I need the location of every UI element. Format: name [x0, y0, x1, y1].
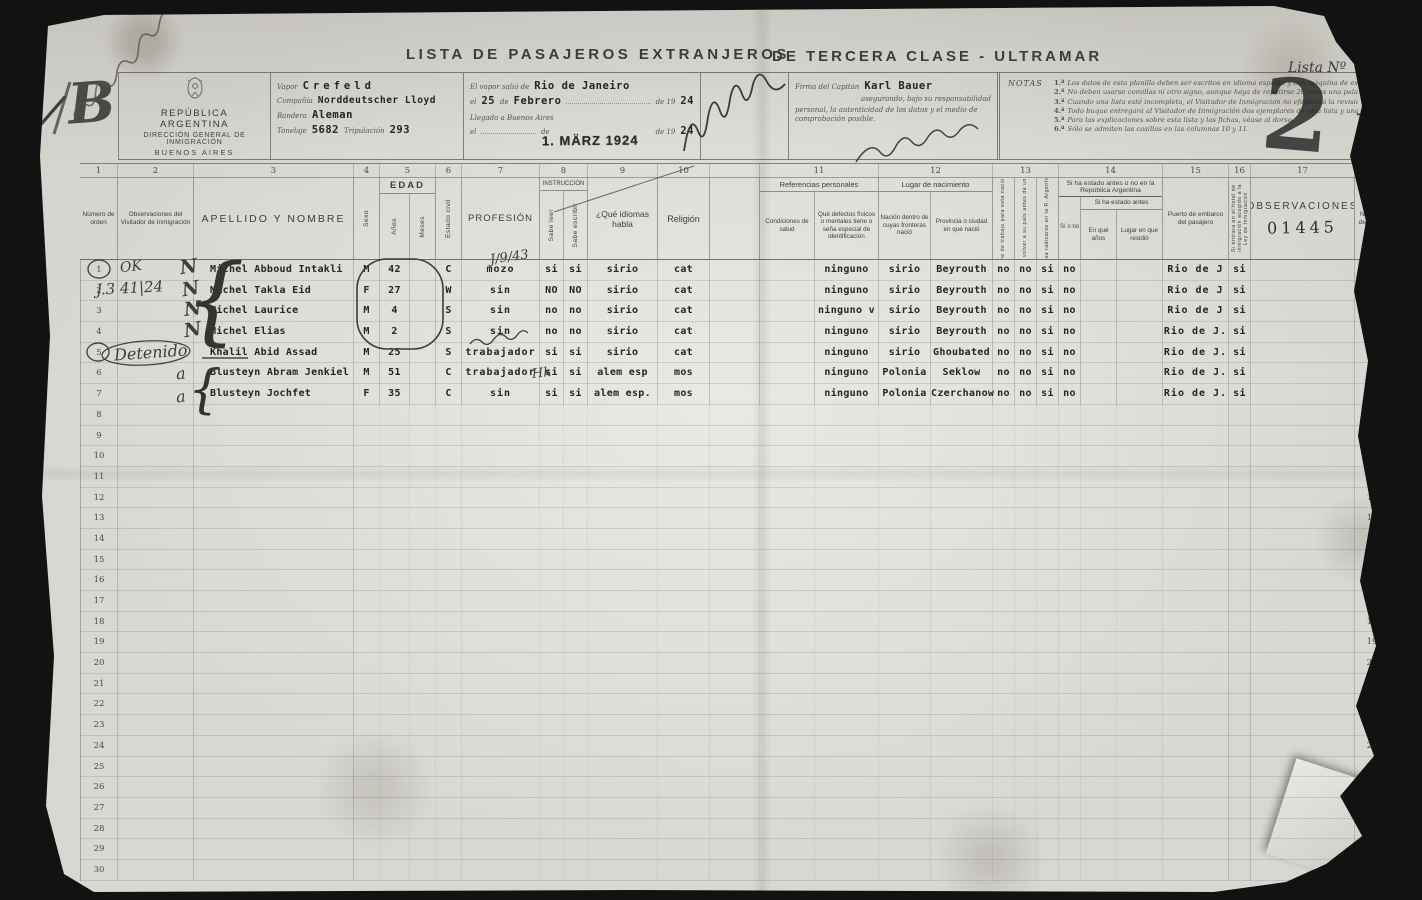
header-proposito-sub3: Si piensa radicarse en la R. Argentina	[1037, 178, 1058, 259]
cell-estado: W	[436, 281, 462, 302]
cell-gap	[710, 612, 760, 633]
cell-sino	[1059, 839, 1081, 860]
cell-p2	[1015, 715, 1037, 736]
cell-religion	[658, 591, 710, 612]
cell-sexo	[354, 570, 380, 591]
cell-prov	[931, 508, 993, 529]
header-num-orden: Número de orden	[80, 178, 118, 259]
cell-prof	[462, 715, 540, 736]
tonelaje-value: 5682	[312, 124, 339, 136]
cell-anos	[380, 570, 410, 591]
cell-estado	[436, 777, 462, 798]
row-number-left: 13	[80, 508, 118, 529]
cell-gap	[710, 260, 760, 281]
cell-anos	[380, 860, 410, 881]
cell-prof	[462, 777, 540, 798]
cell-p1	[993, 550, 1015, 571]
cell-c16	[1229, 715, 1251, 736]
cell-observ	[1251, 281, 1355, 302]
cell-p3	[1037, 839, 1059, 860]
cell-lee	[540, 674, 564, 695]
cell-p3	[1037, 757, 1059, 778]
cell-gap	[710, 860, 760, 881]
cell-p1	[993, 674, 1015, 695]
cell-observ	[1251, 632, 1355, 653]
cell-sexo	[354, 674, 380, 695]
cell-gap	[710, 798, 760, 819]
table-row: 1515	[80, 550, 1391, 571]
cell-lee: si	[540, 260, 564, 281]
cell-observ	[1251, 529, 1355, 550]
cell-sino	[1059, 860, 1081, 881]
cell-name	[194, 591, 354, 612]
cell-religion	[658, 550, 710, 571]
cell-p3	[1037, 798, 1059, 819]
ship-info-box: VaporCrefeld CompañíaNorddeutscher Lloyd…	[270, 73, 463, 159]
cell-prof: sin	[462, 301, 540, 322]
cell-p1	[993, 529, 1015, 550]
cell-lee	[540, 777, 564, 798]
cell-meses	[410, 674, 436, 695]
cell-religion	[658, 819, 710, 840]
cell-p3	[1037, 736, 1059, 757]
row-number-left: 4	[80, 322, 118, 343]
cell-anos	[380, 550, 410, 571]
table-row: 2424	[80, 736, 1391, 757]
cell-escribe	[564, 860, 588, 881]
cell-estado: S	[436, 301, 462, 322]
cell-estado: C	[436, 363, 462, 384]
cell-p2: no	[1015, 363, 1037, 384]
passenger-table: 1 2 3 4 5 6 7 8 9 10 11 12 13 14 15 16 1…	[80, 163, 1391, 881]
cell-idiomas	[588, 819, 658, 840]
cell-obs	[118, 343, 194, 364]
row-number-right: 16	[1355, 570, 1389, 591]
cell-defectos	[815, 529, 879, 550]
cell-salud	[760, 757, 815, 778]
cell-puerto	[1163, 550, 1229, 571]
cell-prof	[462, 426, 540, 447]
cell-escribe	[564, 715, 588, 736]
cell-prov: Beyrouth	[931, 260, 993, 281]
header-proposito-sub1: Si viene de trabajo para esta nación	[993, 178, 1015, 259]
argentina-coat-of-arms-icon	[185, 77, 205, 101]
cell-escribe: si	[564, 384, 588, 405]
cell-escribe	[564, 612, 588, 633]
header-sabe-leer: Sabe leer	[540, 191, 564, 259]
header-apellido-nombre: APELLIDO Y NOMBRE	[194, 178, 354, 259]
cell-meses	[410, 384, 436, 405]
cell-lee	[540, 715, 564, 736]
cell-salud	[760, 819, 815, 840]
table-header-row: Número de orden Observaciones del Visita…	[80, 178, 1391, 260]
cell-escribe	[564, 736, 588, 757]
cell-puerto	[1163, 653, 1229, 674]
header-nacion: Nación dentro de cuyas fronteras nació	[879, 192, 931, 259]
cell-lee	[540, 839, 564, 860]
cell-puerto	[1163, 488, 1229, 509]
table-row: 1212	[80, 488, 1391, 509]
cell-obs	[118, 550, 194, 571]
cell-en_anos	[1081, 343, 1117, 364]
row-number-right: 21	[1355, 674, 1389, 695]
cell-sexo	[354, 591, 380, 612]
cell-defectos	[815, 839, 879, 860]
cell-en_anos	[1081, 777, 1117, 798]
cell-nacion	[879, 591, 931, 612]
table-row: 1111	[80, 467, 1391, 488]
cell-salud	[760, 694, 815, 715]
row-number-left: 3	[80, 301, 118, 322]
cell-gap	[710, 363, 760, 384]
cell-escribe: NO	[564, 281, 588, 302]
col-number: 14	[1059, 164, 1163, 178]
col-number: 15	[1163, 164, 1229, 178]
cell-estado	[436, 508, 462, 529]
cell-en_anos	[1081, 819, 1117, 840]
cell-nacion	[879, 612, 931, 633]
cell-sexo	[354, 508, 380, 529]
cell-salud	[760, 715, 815, 736]
cell-gap	[710, 777, 760, 798]
row-number-left: 15	[80, 550, 118, 571]
row-number-left: 7	[80, 384, 118, 405]
cell-prov	[931, 612, 993, 633]
cell-prof	[462, 550, 540, 571]
cell-meses	[410, 363, 436, 384]
cell-p2	[1015, 467, 1037, 488]
cell-lugar_res	[1117, 819, 1163, 840]
row-number-right: 15	[1355, 550, 1389, 571]
row-number-right: 2	[1355, 281, 1389, 302]
cell-prof: sin	[462, 322, 540, 343]
row-number-left: 28	[80, 819, 118, 840]
col-number: 2	[118, 164, 194, 178]
captain-name: Karl Bauer	[864, 80, 932, 92]
cell-lugar_res	[1117, 694, 1163, 715]
cell-religion: mos	[658, 363, 710, 384]
salio-ano: 24	[680, 95, 694, 107]
cell-lee	[540, 467, 564, 488]
cell-prov	[931, 467, 993, 488]
cell-religion	[658, 694, 710, 715]
cell-p1	[993, 405, 1015, 426]
cell-c16	[1229, 819, 1251, 840]
cell-escribe: no	[564, 301, 588, 322]
cell-defectos	[815, 550, 879, 571]
row-number-right: 8	[1355, 405, 1389, 426]
cell-anos	[380, 426, 410, 447]
cell-puerto	[1163, 798, 1229, 819]
header-estado-antes-group: Si ha estado antes o no en la República …	[1059, 178, 1163, 259]
col-number: 1	[1355, 164, 1389, 178]
cell-en_anos	[1081, 632, 1117, 653]
cell-religion	[658, 860, 710, 881]
row-number-right: 22	[1355, 694, 1389, 715]
cell-sino: no	[1059, 322, 1081, 343]
cell-estado	[436, 467, 462, 488]
cell-name: Michel Elias	[194, 322, 354, 343]
cell-meses	[410, 612, 436, 633]
cell-salud	[760, 777, 815, 798]
cell-religion	[658, 632, 710, 653]
cell-sino	[1059, 715, 1081, 736]
list-number-stamp: 2	[1258, 69, 1334, 165]
row-number-right: 17	[1355, 591, 1389, 612]
cell-sexo	[354, 405, 380, 426]
cell-gap	[710, 570, 760, 591]
cell-meses	[410, 529, 436, 550]
row-number-left: 6	[80, 363, 118, 384]
cell-c16	[1229, 736, 1251, 757]
cell-escribe	[564, 405, 588, 426]
cell-nacion: sirio	[879, 260, 931, 281]
cell-observ	[1251, 570, 1355, 591]
cell-meses	[410, 488, 436, 509]
header-ha-estado-antes-group: Si ha estado antes En qué años Lugar en …	[1081, 197, 1162, 259]
cell-salud	[760, 322, 815, 343]
cell-salud	[760, 529, 815, 550]
edge-pencil-marks: 11	[1352, 84, 1400, 132]
row-number-left: 26	[80, 777, 118, 798]
cell-puerto	[1163, 508, 1229, 529]
cell-anos	[380, 777, 410, 798]
col-number: 5	[380, 164, 436, 178]
row-number-left: 19	[80, 632, 118, 653]
cell-en_anos	[1081, 715, 1117, 736]
cell-lugar_res	[1117, 322, 1163, 343]
cell-idiomas	[588, 612, 658, 633]
cell-prov	[931, 777, 993, 798]
cell-lee: no	[540, 322, 564, 343]
cell-c16	[1229, 839, 1251, 860]
cell-sino	[1059, 612, 1081, 633]
cell-en_anos	[1081, 736, 1117, 757]
cell-sexo	[354, 426, 380, 447]
cell-name	[194, 777, 354, 798]
cell-p3	[1037, 426, 1059, 447]
cell-puerto	[1163, 839, 1229, 860]
cell-escribe	[564, 488, 588, 509]
cell-escribe	[564, 591, 588, 612]
cell-anos	[380, 405, 410, 426]
cell-p1: no	[993, 322, 1015, 343]
cell-nacion	[879, 405, 931, 426]
cell-puerto	[1163, 757, 1229, 778]
cell-p1	[993, 446, 1015, 467]
row-number-left: 17	[80, 591, 118, 612]
cell-religion	[658, 736, 710, 757]
row-number-right: 10	[1355, 446, 1389, 467]
cell-prof	[462, 694, 540, 715]
cell-puerto	[1163, 632, 1229, 653]
cell-c16	[1229, 591, 1251, 612]
cell-gap	[710, 508, 760, 529]
cell-p3	[1037, 508, 1059, 529]
cell-sino	[1059, 405, 1081, 426]
cell-en_anos	[1081, 446, 1117, 467]
cell-gap	[710, 591, 760, 612]
cell-gap	[710, 715, 760, 736]
cell-p3: si	[1037, 384, 1059, 405]
cell-name	[194, 570, 354, 591]
header-col16: Si entrara en el hotel de inmigración ac…	[1229, 178, 1251, 259]
cell-anos	[380, 612, 410, 633]
cell-idiomas	[588, 570, 658, 591]
cell-p2: no	[1015, 301, 1037, 322]
cell-en_anos	[1081, 674, 1117, 695]
cell-sino	[1059, 798, 1081, 819]
cell-prof	[462, 467, 540, 488]
cell-escribe	[564, 426, 588, 447]
cell-prof	[462, 757, 540, 778]
cell-prof	[462, 612, 540, 633]
cell-puerto	[1163, 591, 1229, 612]
cell-prov: Beyrouth	[931, 301, 993, 322]
cell-salud	[760, 798, 815, 819]
cell-idiomas	[588, 529, 658, 550]
cell-en_anos	[1081, 529, 1117, 550]
header-profesion: PROFESIÓN	[462, 178, 540, 259]
row-number-right: 28	[1355, 819, 1389, 840]
header-gap-column	[710, 178, 760, 259]
cell-observ	[1251, 694, 1355, 715]
cell-sino: no	[1059, 260, 1081, 281]
passenger-list-sheet: LISTA DE PASAJEROS EXTRANJEROS DE TERCER…	[34, 6, 1400, 894]
table-row: 4Michel EliasM2Ssinnonosiriocatningunosi…	[80, 322, 1391, 343]
cell-c16: si	[1229, 260, 1251, 281]
cell-p3	[1037, 612, 1059, 633]
cell-prof	[462, 488, 540, 509]
cell-nacion	[879, 570, 931, 591]
cell-lugar_res	[1117, 363, 1163, 384]
dotted-line	[481, 126, 536, 134]
col-number: 1	[80, 164, 118, 178]
cell-lugar_res	[1117, 301, 1163, 322]
cell-p2	[1015, 694, 1037, 715]
cell-estado	[436, 819, 462, 840]
pencil-stroke-1: /	[38, 83, 66, 139]
table-body: 1Michel Abboud IntakliM42Cmozosisisirioc…	[80, 260, 1391, 881]
de19-label: de 19	[656, 98, 676, 106]
agency-country: REPÚBLICA ARGENTINA	[125, 108, 264, 130]
cell-observ	[1251, 550, 1355, 571]
cell-anos	[380, 715, 410, 736]
cell-observ	[1251, 467, 1355, 488]
cell-p2	[1015, 736, 1037, 757]
cell-p2	[1015, 860, 1037, 881]
cell-obs	[118, 736, 194, 757]
table-row: 99	[80, 426, 1391, 447]
cell-lugar_res	[1117, 281, 1163, 302]
cell-p1	[993, 632, 1015, 653]
row-number-right: 25	[1355, 757, 1389, 778]
cell-defectos	[815, 819, 879, 840]
cell-prov: Czerchanow	[931, 384, 993, 405]
cell-estado	[436, 715, 462, 736]
cell-religion	[658, 715, 710, 736]
cell-sexo	[354, 798, 380, 819]
cell-anos	[380, 591, 410, 612]
cell-estado	[436, 653, 462, 674]
cell-idiomas: sirio	[588, 343, 658, 364]
cell-c16	[1229, 570, 1251, 591]
cell-anos: 2	[380, 322, 410, 343]
col-number: 7	[462, 164, 540, 178]
cell-idiomas: sirio	[588, 281, 658, 302]
cell-obs	[118, 694, 194, 715]
cell-estado	[436, 736, 462, 757]
row-number-left: 29	[80, 839, 118, 860]
cell-nacion	[879, 529, 931, 550]
cell-anos	[380, 674, 410, 695]
cell-lee	[540, 798, 564, 819]
cell-lee	[540, 632, 564, 653]
table-row: 1313	[80, 508, 1391, 529]
bandera-value: Aleman	[312, 109, 353, 121]
cell-p3	[1037, 715, 1059, 736]
cell-religion	[658, 467, 710, 488]
cell-obs	[118, 426, 194, 447]
cell-obs	[118, 467, 194, 488]
cell-nacion	[879, 860, 931, 881]
cell-salud	[760, 632, 815, 653]
cell-lee	[540, 757, 564, 778]
el2-label: el	[470, 128, 476, 136]
header-lugar-nacimiento: Lugar de nacimiento	[879, 178, 992, 192]
cell-prov	[931, 446, 993, 467]
cell-defectos: ninguno v	[815, 301, 879, 322]
header-meses: Meses	[410, 194, 435, 259]
cell-escribe	[564, 508, 588, 529]
cell-religion	[658, 488, 710, 509]
cell-religion	[658, 777, 710, 798]
salio-de-value: Rio de Janeiro	[534, 80, 630, 92]
cell-prov	[931, 860, 993, 881]
cell-p1	[993, 653, 1015, 674]
cell-prov	[931, 798, 993, 819]
cell-puerto	[1163, 467, 1229, 488]
cell-salud	[760, 839, 815, 860]
cell-c16	[1229, 777, 1251, 798]
cell-religion	[658, 570, 710, 591]
cell-meses	[410, 446, 436, 467]
cell-sino: no	[1059, 301, 1081, 322]
cell-sino	[1059, 529, 1081, 550]
header-provincia: Provincia o ciudad en que nació	[931, 192, 992, 259]
row-number-left: 11	[80, 467, 118, 488]
cell-en_anos	[1081, 757, 1117, 778]
cell-religion	[658, 612, 710, 633]
cell-en_anos	[1081, 426, 1117, 447]
cell-defectos	[815, 653, 879, 674]
cell-c16: si	[1229, 281, 1251, 302]
table-row: 2020	[80, 653, 1391, 674]
cell-obs	[118, 612, 194, 633]
cell-p1	[993, 488, 1015, 509]
compania-label: Compañía	[277, 97, 313, 105]
cell-name	[194, 798, 354, 819]
cell-lee: si	[540, 343, 564, 364]
cell-prof: trabajador	[462, 363, 540, 384]
cell-observ	[1251, 736, 1355, 757]
salio-label: El vapor salió de	[470, 83, 529, 91]
cell-name	[194, 819, 354, 840]
cell-prov	[931, 632, 993, 653]
cell-sexo	[354, 757, 380, 778]
table-row: 3030	[80, 860, 1391, 881]
cell-prov	[931, 653, 993, 674]
